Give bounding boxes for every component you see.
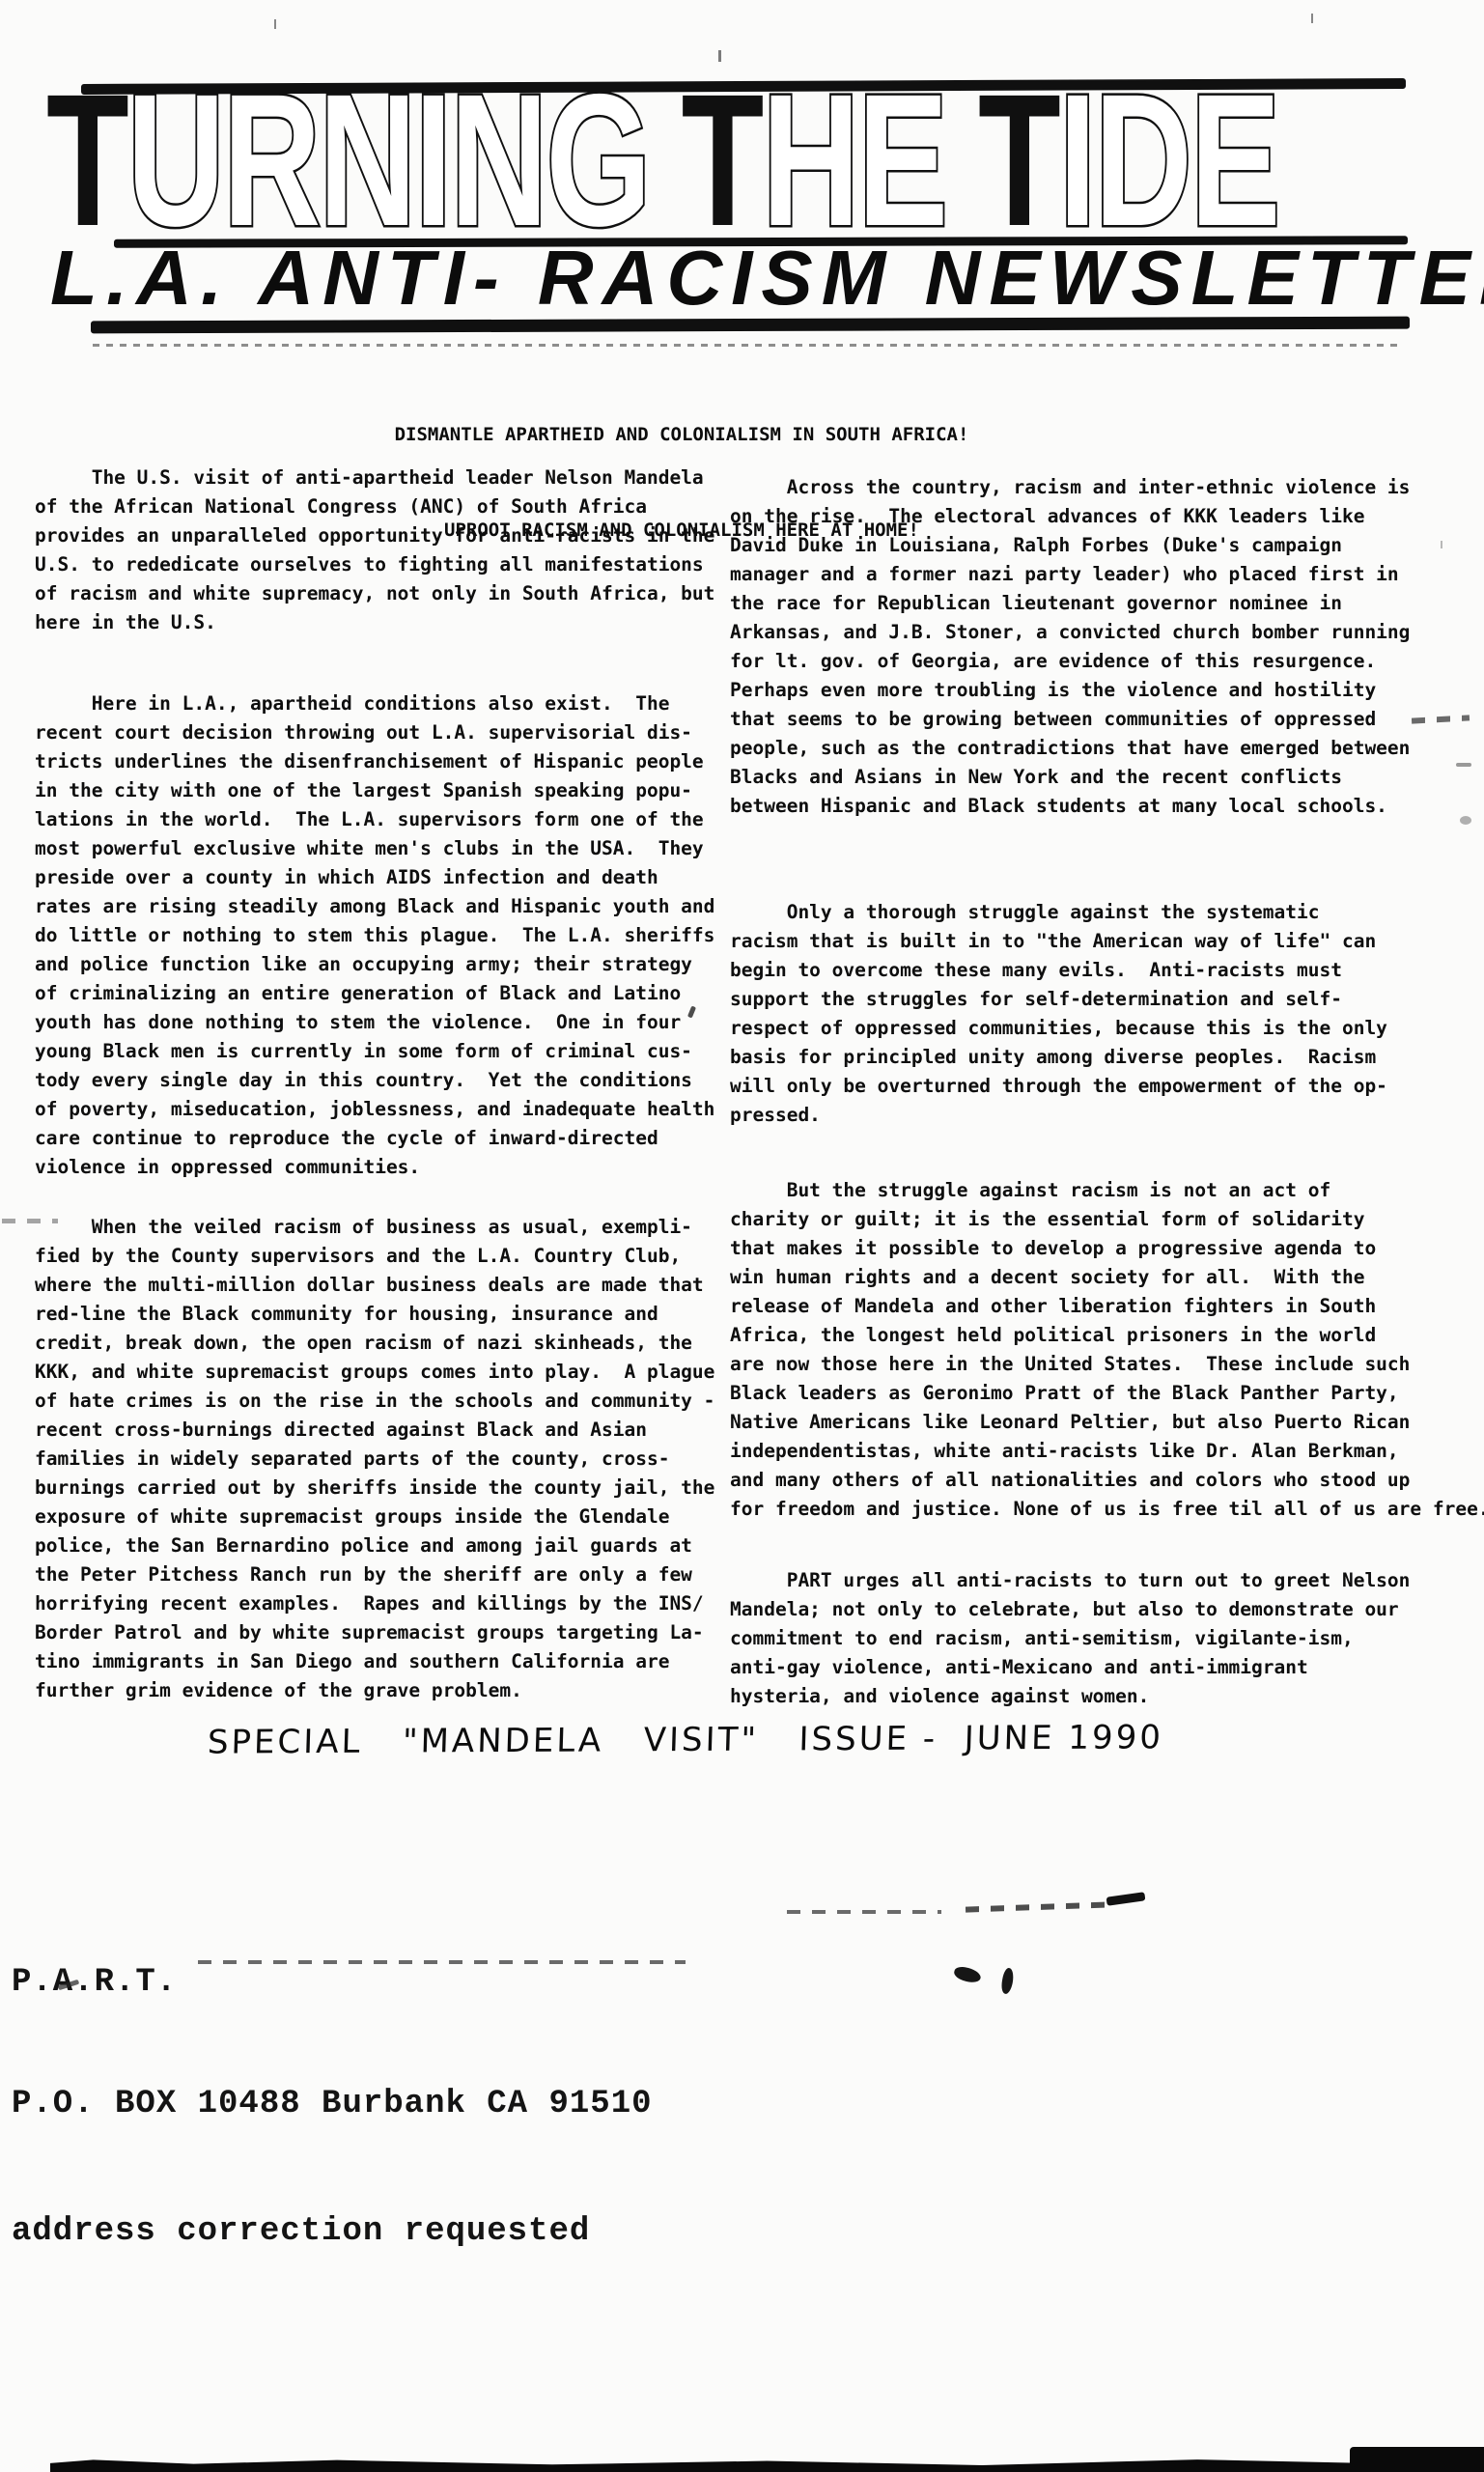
mailer-block: P.A.R.T. P.O. BOX 10488 Burbank CA 91510… (12, 1881, 653, 2333)
ink-smudge (787, 1910, 941, 1914)
ink-smudge (198, 1960, 686, 1964)
scan-speck (274, 19, 276, 29)
left-column: The U.S. visit of anti-apartheid leader … (35, 463, 714, 1705)
ink-smudge (1106, 1892, 1146, 1905)
dotted-rule (93, 344, 1402, 347)
ink-smudge (2, 1219, 58, 1223)
ink-smudge (966, 1901, 1110, 1912)
issue-note: SPECIAL "MANDELA VISIT" ISSUE - JUNE 199… (207, 1718, 1163, 1761)
ink-smudge (1456, 763, 1471, 767)
ink-smudge (953, 1965, 983, 1984)
right-column: Across the country, racism and inter-eth… (730, 473, 1484, 1711)
paragraph-here-in-la: Here in L.A., apartheid conditions also … (35, 689, 714, 1182)
newsletter-title: TURNINGTHETIDE (46, 67, 1310, 255)
newsletter-subtitle: L.A. ANTI- RACISM NEWSLETTER (50, 239, 1484, 317)
paragraph-thorough-struggle: Only a thorough struggle against the sys… (730, 898, 1484, 1130)
mailer-org: P.A.R.T. (12, 1962, 653, 2003)
paragraph-solidarity: But the struggle against racism is not a… (730, 1176, 1484, 1524)
scan-speck (1311, 14, 1313, 23)
paragraph-veiled-racism: When the veiled racism of business as us… (35, 1213, 714, 1705)
newsletter-page: TURNINGTHETIDE L.A. ANTI- RACISM NEWSLET… (0, 0, 1484, 2472)
scan-edge-bar (1350, 2447, 1484, 2472)
scan-speck (718, 50, 721, 62)
ink-smudge (1460, 816, 1471, 825)
slogan-line-1: DISMANTLE APARTHEID AND COLONIALISM IN S… (390, 419, 973, 451)
scan-edge-bar (50, 2458, 1484, 2472)
paragraph-part-urges: PART urges all anti-racists to turn out … (730, 1566, 1484, 1711)
ink-smudge (1000, 1967, 1016, 1995)
scan-speck (1441, 541, 1442, 548)
mailer-address: P.O. BOX 10488 Burbank CA 91510 (12, 2084, 653, 2124)
paragraph-across-country: Across the country, racism and inter-eth… (730, 473, 1484, 821)
paragraph-us-visit: The U.S. visit of anti-apartheid leader … (35, 463, 714, 637)
mailer-note: address correction requested (12, 2211, 653, 2252)
